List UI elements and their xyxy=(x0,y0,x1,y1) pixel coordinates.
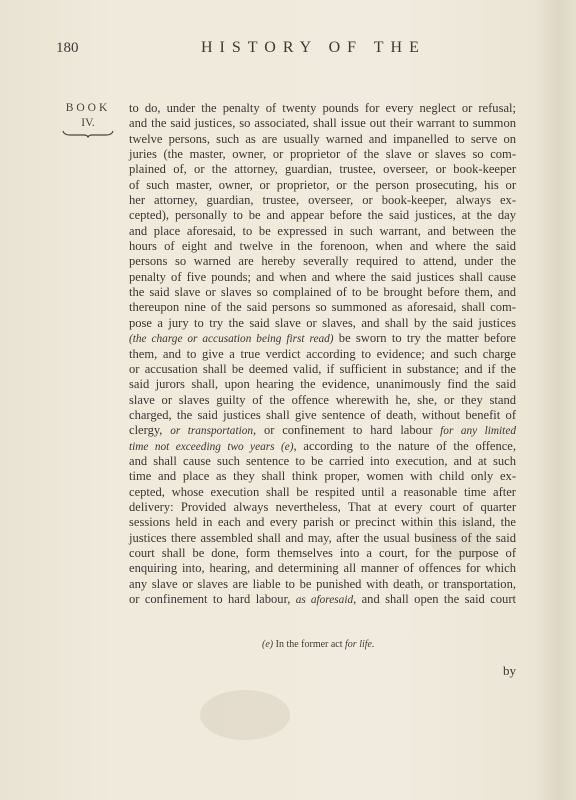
text-line: sessions held in each and every parish o… xyxy=(129,515,516,530)
text-segment: any slave or slaves are liable to be pun… xyxy=(129,577,516,591)
text-line: (the charge or accusation being first re… xyxy=(129,331,516,346)
text-segment: to do, under the penalty of twenty pound… xyxy=(129,101,516,115)
text-line: thereupon nine of the said persons so su… xyxy=(129,300,516,315)
text-line: of such master, owner, or proprietor, or… xyxy=(129,178,516,193)
text-line: and the said justices, so associated, sh… xyxy=(129,116,516,131)
text-segment: and place aforesaid, to be expressed in … xyxy=(129,224,516,238)
footnote: (e) In the former act for life. xyxy=(262,639,374,650)
text-segment: delivery: Provided always nevertheless, … xyxy=(129,500,516,514)
italic-segment: (the charge or accusation being first re… xyxy=(129,333,334,345)
text-segment: , or confinement to hard labour xyxy=(253,423,440,437)
text-segment: or accusation shall be deemed valid, if … xyxy=(129,362,516,376)
text-segment: persons so warned are hereby severally r… xyxy=(129,254,516,268)
text-line: slave or slaves guilty of the offence wh… xyxy=(129,393,516,408)
text-segment: , and shall open the said court xyxy=(353,592,516,606)
text-line: or confinement to hard labour, as afores… xyxy=(129,592,516,607)
text-segment: penalty of five pounds; and when and whe… xyxy=(129,270,516,284)
text-segment: , according to the nature of the offence… xyxy=(294,439,517,453)
book-page: 180 HISTORY OF THE BOOK IV. to do, under… xyxy=(0,0,576,800)
text-line: the said slave or slaves so complained o… xyxy=(129,285,516,300)
body-text: to do, under the penalty of twenty pound… xyxy=(129,101,516,607)
brace-ornament-icon xyxy=(62,130,114,138)
text-line: time and place as they shall think prope… xyxy=(129,469,516,484)
text-segment: of such master, owner, or proprietor, or… xyxy=(129,178,516,192)
text-line: her attorney, guardian, trustee, oversee… xyxy=(129,193,516,208)
text-line: persons so warned are hereby severally r… xyxy=(129,254,516,269)
text-line: justices there assembled shall and may, … xyxy=(129,531,516,546)
text-segment: slave or slaves guilty of the offence wh… xyxy=(129,393,516,407)
text-line: time not exceeding two years (e), accord… xyxy=(129,439,516,454)
italic-segment: for any limited xyxy=(440,425,516,437)
text-segment: and shall cause such sentence to be carr… xyxy=(129,454,516,468)
text-segment: pose a jury to try the said slave or sla… xyxy=(129,316,516,330)
text-line: and shall cause such sentence to be carr… xyxy=(129,454,516,469)
text-segment: charged, the said justices shall give se… xyxy=(129,408,516,422)
text-segment: the said slave or slaves so complained o… xyxy=(129,285,516,299)
text-segment: or confinement to hard labour, xyxy=(129,592,296,606)
text-line: to do, under the penalty of twenty pound… xyxy=(129,101,516,116)
running-title: HISTORY OF THE xyxy=(201,39,426,57)
text-segment: said jurors shall, upon hearing the evid… xyxy=(129,377,516,391)
text-segment: be sworn to try the matter before xyxy=(334,331,516,345)
italic-segment: or transportation xyxy=(170,425,253,437)
text-line: cepted, whose execution shall be respite… xyxy=(129,485,516,500)
footnote-italic: for life. xyxy=(345,639,374,650)
text-line: enquiring into, hearing, and determining… xyxy=(129,561,516,576)
text-line: court shall be done, form themselves int… xyxy=(129,546,516,561)
text-line: hours of eight and twelve in the forenoo… xyxy=(129,239,516,254)
text-segment: her attorney, guardian, trustee, oversee… xyxy=(129,193,516,207)
text-line: clergy, or transportation, or confinemen… xyxy=(129,423,516,438)
text-segment: them, and to give a true verdict accordi… xyxy=(129,347,516,361)
text-line: charged, the said justices shall give se… xyxy=(129,408,516,423)
page-number: 180 xyxy=(56,40,79,57)
text-line: penalty of five pounds; and when and whe… xyxy=(129,270,516,285)
catchword: by xyxy=(503,663,516,679)
footnote-text: In the former act xyxy=(273,639,345,650)
text-line: delivery: Provided always nevertheless, … xyxy=(129,500,516,515)
text-segment: time and place as they shall think prope… xyxy=(129,469,516,483)
text-segment: clergy, xyxy=(129,423,170,437)
text-segment: cepted, whose execution shall be respite… xyxy=(129,485,516,499)
paper-stain xyxy=(200,690,290,740)
text-segment: hours of eight and twelve in the forenoo… xyxy=(129,239,516,253)
text-segment: enquiring into, hearing, and determining… xyxy=(129,561,516,575)
text-line: pose a jury to try the said slave or sla… xyxy=(129,316,516,331)
text-line: or accusation shall be deemed valid, if … xyxy=(129,362,516,377)
text-line: any slave or slaves are liable to be pun… xyxy=(129,577,516,592)
text-segment: sessions held in each and every parish o… xyxy=(129,515,516,529)
text-segment: and the said justices, so associated, sh… xyxy=(129,116,516,130)
text-segment: juries (the master, owner, or proprietor… xyxy=(129,147,516,161)
text-line: cepted), personally to be and appear bef… xyxy=(129,208,516,223)
running-head: 180 HISTORY OF THE xyxy=(56,39,526,59)
text-segment: justices there assembled shall and may, … xyxy=(129,531,516,545)
text-line: said jurors shall, upon hearing the evid… xyxy=(129,377,516,392)
italic-segment: time not exceeding two years (e) xyxy=(129,441,294,453)
text-segment: cepted), personally to be and appear bef… xyxy=(129,208,516,222)
book-label: BOOK xyxy=(58,101,118,116)
text-segment: court shall be done, form themselves int… xyxy=(129,546,516,560)
text-line: plained of, or the attorney, guardian, t… xyxy=(129,162,516,177)
text-segment: twelve persons, such as are usually warn… xyxy=(129,132,516,146)
italic-segment: as aforesaid xyxy=(296,594,353,606)
text-line: juries (the master, owner, or proprietor… xyxy=(129,147,516,162)
footnote-marker: (e) xyxy=(262,639,273,650)
text-line: them, and to give a true verdict accordi… xyxy=(129,347,516,362)
text-line: twelve persons, such as are usually warn… xyxy=(129,132,516,147)
text-segment: plained of, or the attorney, guardian, t… xyxy=(129,162,516,176)
text-line: and place aforesaid, to be expressed in … xyxy=(129,224,516,239)
book-sidenote: BOOK IV. xyxy=(58,101,118,138)
volume-number: IV. xyxy=(58,116,118,130)
text-segment: thereupon nine of the said persons so su… xyxy=(129,300,516,314)
